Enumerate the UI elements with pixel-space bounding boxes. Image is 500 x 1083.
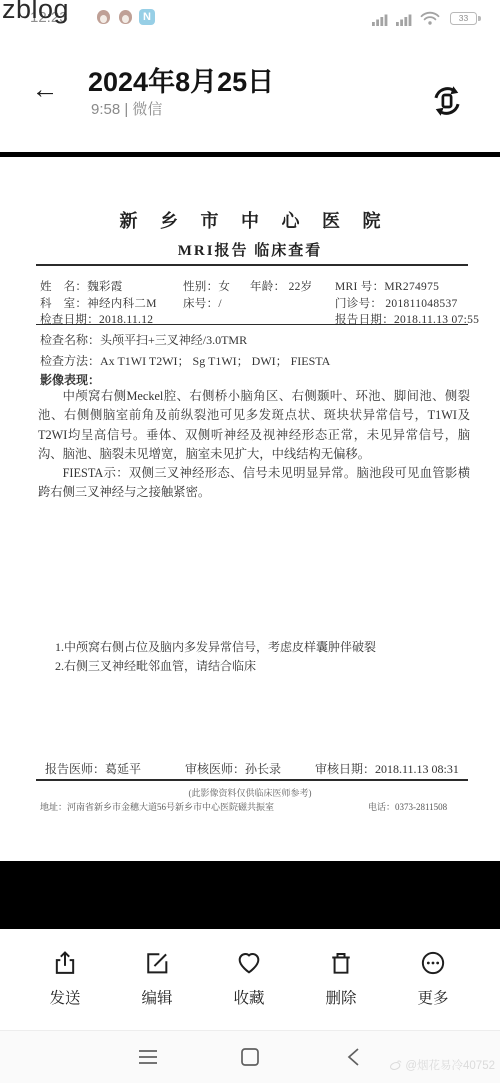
exam-name: 检查名称：头颅平扫+三叉神经/3.0TMR	[40, 331, 247, 348]
report-doctor: 报告医师：葛延平	[45, 760, 141, 777]
cellular-signal-icon	[372, 13, 390, 26]
patient-gender: 性别：女	[183, 278, 230, 294]
divider	[36, 779, 468, 781]
more-label: 更多	[417, 986, 448, 1008]
home-icon[interactable]	[235, 1043, 265, 1071]
edit-label: 编辑	[141, 986, 172, 1008]
menu-icon[interactable]	[133, 1043, 163, 1071]
app-notification-badge: N	[139, 9, 155, 25]
report-title: MRI报告 临床查看	[0, 239, 500, 260]
findings-paragraph: 中颅窝右侧Meckel腔、右侧桥小脑角区、右侧颞叶、环池、脚间池、侧裂池、右侧侧…	[38, 387, 470, 464]
reference-note: (此影像资料仅供临床医师参考)	[0, 786, 500, 799]
cellular-signal-icon	[396, 13, 414, 26]
conclusion-line: 1.中颅窝右侧占位及脑内多发异常信号，考虑皮样囊肿伴破裂	[55, 638, 376, 655]
photo-bottom-edge	[0, 861, 500, 929]
favorite-label: 收藏	[233, 986, 264, 1008]
outpatient-number: 门诊号： 201811048537	[335, 295, 458, 311]
photo-viewer-header: ← 2024年8月25日 9:58 | 微信	[0, 40, 500, 152]
divider	[36, 264, 468, 266]
findings-paragraph: FIESTA示：双侧三叉神经形态、信号未见明显异常。脑池段可见血管影横跨右侧三叉…	[38, 464, 470, 503]
divider	[36, 324, 468, 325]
weibo-watermark-text: @烟花易冷40752	[405, 1057, 495, 1073]
photo-time-source: 9:58 | 微信	[91, 98, 162, 119]
battery-icon: 33	[450, 12, 477, 25]
back-chevron-icon[interactable]	[338, 1043, 368, 1071]
wifi-icon	[420, 11, 440, 26]
review-date: 审核日期：2018.11.13 08:31	[315, 760, 459, 777]
mri-report-photo[interactable]: 新 乡 市 中 心 医 院 MRI报告 临床查看 姓 名：魏彩霞 性别：女 年龄…	[0, 157, 500, 861]
share-icon	[51, 949, 79, 977]
battery-nub	[478, 16, 481, 21]
send-button[interactable]: 发送	[33, 949, 97, 1008]
delete-button[interactable]: 删除	[309, 949, 373, 1008]
more-icon	[419, 949, 447, 977]
heart-icon	[235, 949, 263, 977]
send-label: 发送	[49, 986, 80, 1008]
status-bar: 12:23 N 33	[0, 0, 500, 40]
rotate-screen-icon[interactable]	[428, 82, 466, 120]
weibo-watermark-icon	[389, 1059, 402, 1071]
mri-number: MRI 号：MR274975	[335, 278, 439, 294]
edit-icon	[143, 949, 171, 977]
weibo-watermark: @烟花易冷40752	[389, 1057, 495, 1073]
delete-label: 删除	[325, 986, 356, 1008]
zblog-watermark: zblog	[2, 0, 69, 25]
patient-age: 年龄： 22岁	[250, 278, 312, 294]
findings-section: 中颅窝右侧Meckel腔、右侧桥小脑角区、右侧颞叶、环池、脚间池、侧裂池、右侧侧…	[0, 387, 500, 503]
favorite-button[interactable]: 收藏	[217, 949, 281, 1008]
penguin-belly	[122, 15, 129, 23]
exam-method: 检查方法：Ax T1WI T2WI； Sg T1WI； DWI； FIESTA	[40, 352, 330, 369]
photo-action-toolbar: 发送 编辑 收藏 删除 更多	[0, 929, 500, 1030]
department: 科 室：神经内科二M	[40, 295, 157, 311]
review-doctor: 审核医师：孙长录	[185, 760, 281, 777]
edit-button[interactable]: 编辑	[125, 949, 189, 1008]
back-arrow-icon[interactable]: ←	[28, 72, 62, 106]
qq-penguin-notification-icon	[97, 10, 110, 24]
hospital-name: 新 乡 市 中 心 医 院	[0, 207, 500, 233]
trash-icon	[327, 949, 355, 977]
more-button[interactable]: 更多	[401, 949, 465, 1008]
hospital-address: 地址：河南省新乡市金穗大道56号新乡市中心医院磁共振室	[40, 800, 274, 813]
bed-number: 床号：/	[183, 295, 222, 311]
penguin-belly	[100, 15, 107, 23]
patient-name: 姓 名：魏彩霞	[40, 278, 123, 294]
hospital-phone: 电话：0373-2811508	[368, 800, 447, 813]
conclusion-line: 2.右侧三叉神经毗邻血管，请结合临床	[55, 657, 256, 674]
photo-date-title: 2024年8月25日	[88, 60, 274, 99]
findings-label: 影像表现：	[40, 371, 100, 388]
qq-penguin-notification-icon	[119, 10, 132, 24]
android-navigation-bar: @烟花易冷40752	[0, 1030, 500, 1083]
